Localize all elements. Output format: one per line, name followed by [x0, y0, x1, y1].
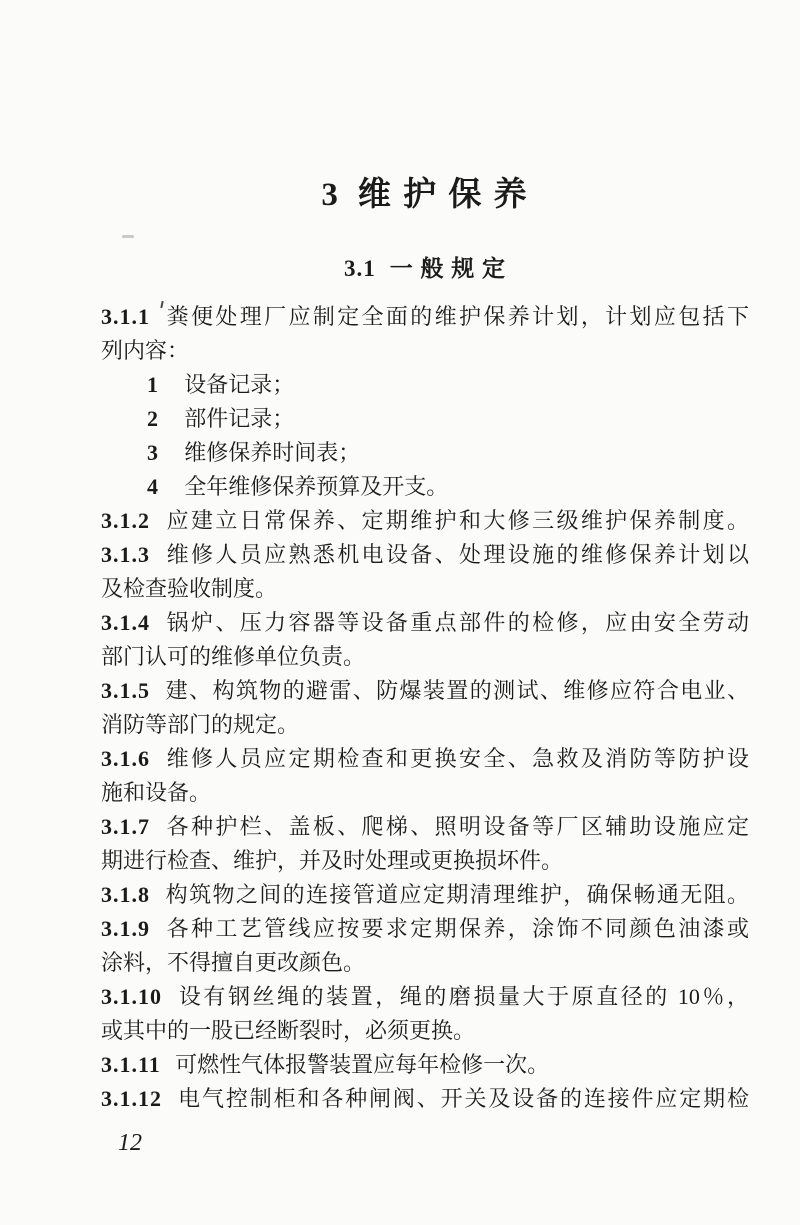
list-item: 1设备记录； — [101, 368, 749, 402]
clause-line: 涂料，不得擅自更改颜色。 — [101, 946, 749, 980]
clause-number: 3.1.9 — [101, 916, 150, 941]
clause-line: 3.1.3维修人员应熟悉机电设备、处理设施的维修保养计划以 — [101, 538, 749, 572]
list-item: 4全年维修保养预算及开支。 — [101, 470, 749, 504]
clause-line: 3.1.5建、构筑物的避雷、防爆装置的测试、维修应符合电业、 — [101, 674, 749, 708]
clause-text: 或其中的一股已经断裂时，必须更换。 — [101, 1018, 475, 1043]
clause-line: 3.1.8构筑物之间的连接管道应定期清理维护，确保畅通无阻。 — [101, 878, 749, 912]
clause-line: 或其中的一股已经断裂时，必须更换。 — [101, 1014, 749, 1048]
clause-text: 维修人员应定期检查和更换安全、急救及消防等防护设 — [164, 746, 749, 771]
clause-text: 设有钢丝绳的装置，绳的磨损量大于原直径的 10％， — [176, 984, 749, 1009]
clause-text: 维修人员应熟悉机电设备、处理设施的维修保养计划以 — [164, 542, 749, 567]
list-text: 部件记录； — [184, 406, 294, 431]
page-content: 3维 护 保 养 3.1一 般 规 定 3.1.1粪便处理厂应制定全面的维护保养… — [101, 0, 749, 1158]
clause-text: 应建立日常保养、定期维护和大修三级维护保养制度。 — [164, 508, 749, 533]
clause-text: 可燃性气体报警装置应每年检修一次。 — [175, 1052, 549, 1077]
clause-line: 3.1.6维修人员应定期检查和更换安全、急救及消防等防护设 — [101, 742, 749, 776]
list-item: 3维修保养时间表； — [101, 436, 749, 470]
list-number: 1 — [147, 372, 159, 397]
clause-text: 消防等部门的规定。 — [101, 712, 299, 737]
clause-line: 3.1.2应建立日常保养、定期维护和大修三级维护保养制度。 — [101, 504, 749, 538]
clause-line: 3.1.11可燃性气体报警装置应每年检修一次。 — [101, 1048, 749, 1082]
clause-text: 粪便处理厂应制定全面的维护保养计划，计划应包括下 — [164, 304, 749, 329]
page-number: 12 — [101, 1128, 749, 1158]
clause-number: 3.1.4 — [101, 610, 150, 635]
section-heading: 3.1一 般 规 定 — [101, 254, 749, 284]
clause-number: 3.1.10 — [101, 984, 162, 1009]
scanned-document-page: 3维 护 保 养 3.1一 般 规 定 3.1.1粪便处理厂应制定全面的维护保养… — [0, 0, 800, 1225]
clause-line: 消防等部门的规定。 — [101, 708, 749, 742]
clause-line: 施和设备。 — [101, 776, 749, 810]
clause-line: 3.1.12电气控制柜和各种闸阀、开关及设备的连接件应定期检 — [101, 1082, 749, 1116]
clause-number: 3.1.7 — [101, 814, 150, 839]
clause-text: 电气控制柜和各种闸阀、开关及设备的连接件应定期检 — [176, 1086, 749, 1111]
clause-text: 锅炉、压力容器等设备重点部件的检修，应由安全劳动 — [164, 610, 749, 635]
clause-number: 3.1.5 — [101, 678, 150, 703]
chapter-number: 3 — [321, 177, 340, 213]
clauses-body: 3.1.1粪便处理厂应制定全面的维护保养计划，计划应包括下 列内容： 1设备记录… — [101, 300, 749, 1116]
clause-text: 部门认可的维修单位负责。 — [101, 644, 365, 669]
clause-number: 3.1.3 — [101, 542, 150, 567]
clause-number: 3.1.8 — [101, 882, 150, 907]
clause-number: 3.1.1 — [101, 304, 150, 329]
section-number: 3.1 — [344, 256, 376, 281]
clause-text: 施和设备。 — [101, 780, 211, 805]
clause-text: 及检查验收制度。 — [101, 576, 277, 601]
chapter-heading: 3维 护 保 养 — [101, 176, 749, 214]
clause-line: 及检查验收制度。 — [101, 572, 749, 606]
list-text: 全年维修保养预算及开支。 — [184, 474, 448, 499]
clause-line: 列内容： — [101, 334, 749, 368]
clause-number: 3.1.2 — [101, 508, 150, 533]
clause-line: 3.1.10设有钢丝绳的装置，绳的磨损量大于原直径的 10％， — [101, 980, 749, 1014]
clause-line: 期进行检查、维护，并及时处理或更换损坏件。 — [101, 844, 749, 878]
list-text: 维修保养时间表； — [184, 440, 360, 465]
clause-line: 3.1.9各种工艺管线应按要求定期保养，涂饰不同颜色油漆或 — [101, 912, 749, 946]
clause-text: 涂料，不得擅自更改颜色。 — [101, 950, 365, 975]
clause-number: 3.1.11 — [101, 1052, 161, 1077]
chapter-title: 维 护 保 养 — [358, 177, 529, 213]
clause-text: 建、构筑物的避雷、防爆装置的测试、维修应符合电业、 — [164, 678, 749, 703]
clause-number: 3.1.6 — [101, 746, 150, 771]
clause-text: 构筑物之间的连接管道应定期清理维护，确保畅通无阻。 — [164, 882, 749, 907]
list-item: 2部件记录； — [101, 402, 749, 436]
clause-line: 部门认可的维修单位负责。 — [101, 640, 749, 674]
clause-line: 3.1.7各种护栏、盖板、爬梯、照明设备等厂区辅助设施应定 — [101, 810, 749, 844]
clause-text: 各种工艺管线应按要求定期保养，涂饰不同颜色油漆或 — [164, 916, 749, 941]
clause-text: 期进行检查、维护，并及时处理或更换损坏件。 — [101, 848, 563, 873]
list-number: 3 — [147, 440, 159, 465]
clause-text: 列内容： — [101, 338, 189, 363]
clause-line: 3.1.4锅炉、压力容器等设备重点部件的检修，应由安全劳动 — [101, 606, 749, 640]
list-number: 4 — [147, 474, 159, 499]
clause-text: 各种护栏、盖板、爬梯、照明设备等厂区辅助设施应定 — [164, 814, 749, 839]
clause-number: 3.1.12 — [101, 1086, 162, 1111]
list-number: 2 — [147, 406, 159, 431]
list-text: 设备记录； — [184, 372, 294, 397]
section-title: 一 般 规 定 — [390, 256, 506, 281]
clause-line: 3.1.1粪便处理厂应制定全面的维护保养计划，计划应包括下 — [101, 300, 749, 334]
